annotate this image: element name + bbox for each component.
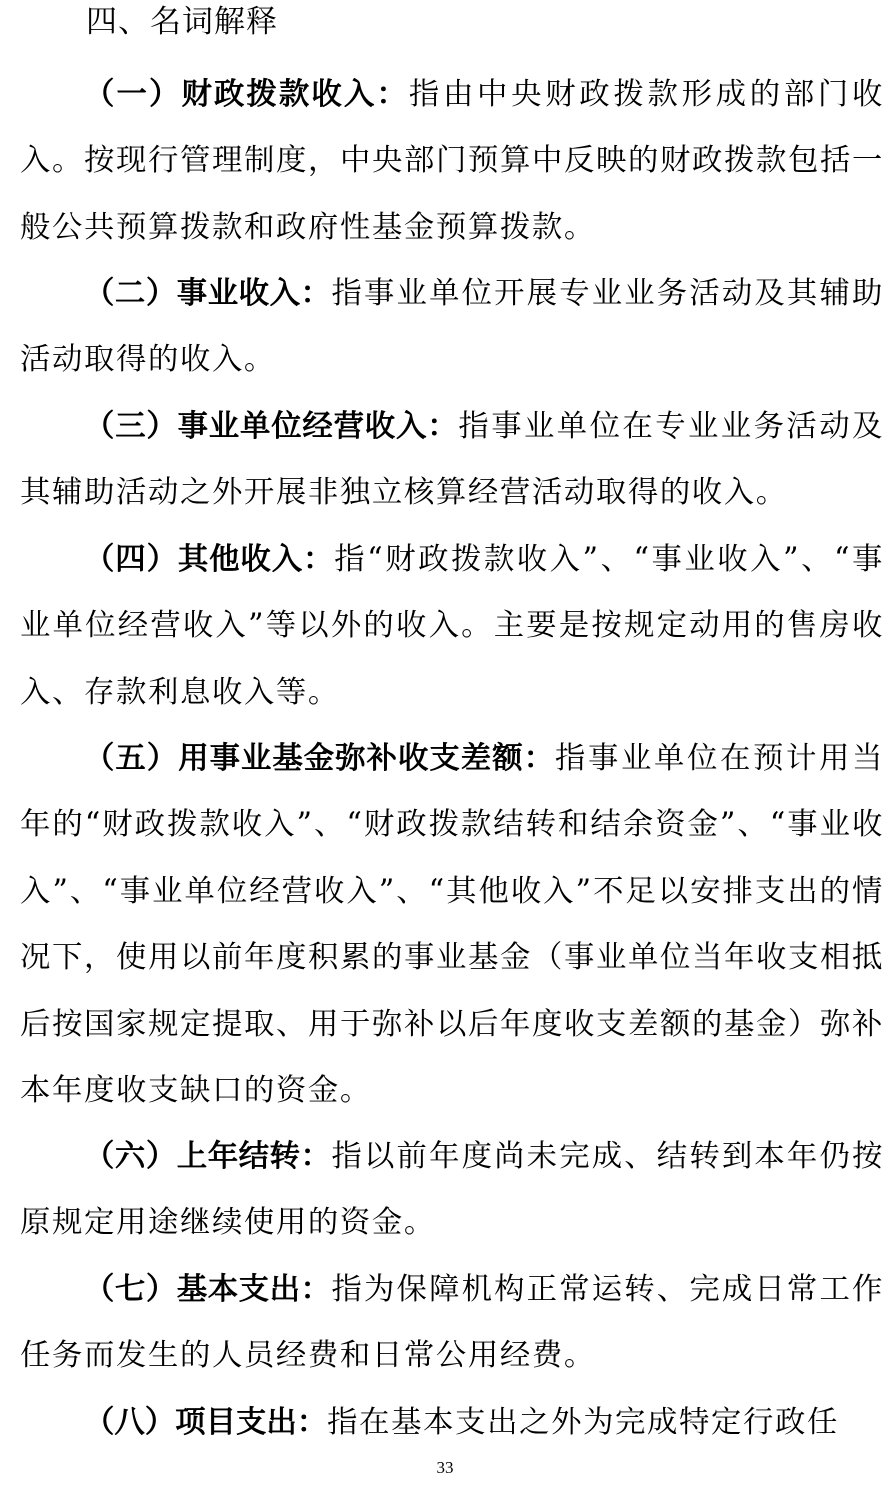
definition-paragraph-7: （七）基本支出：指为保障机构正常运转、完成日常工作任务而发生的人员经费和日常公用…: [20, 1257, 884, 1390]
definition-term: （一）财政拨款收入：: [84, 77, 409, 112]
section-title: 四、名词解释: [86, 2, 278, 42]
definition-paragraph-4: （四）其他收入：指“财政拨款收入”、“事业收入”、“事业单位经营收入”等以外的收…: [20, 527, 884, 726]
definition-term: （八）项目支出：: [84, 1405, 327, 1440]
definition-text: 指事业单位在预计用当年的“财政拨款收入”、“财政拨款结转和结余资金”、“事业收入…: [20, 741, 884, 1108]
definition-paragraph-5: （五）用事业基金弥补收支差额：指事业单位在预计用当年的“财政拨款收入”、“财政拨…: [20, 726, 884, 1124]
definition-paragraph-6: （六）上年结转：指以前年度尚未完成、结转到本年仍按原规定用途继续使用的资金。: [20, 1124, 884, 1257]
definition-term: （五）用事业基金弥补收支差额：: [84, 741, 555, 776]
definition-paragraph-3: （三）事业单位经营收入：指事业单位在专业业务活动及其辅助活动之外开展非独立核算经…: [20, 394, 884, 527]
definition-term: （二）事业收入：: [84, 276, 331, 311]
definition-term: （四）其他收入：: [84, 542, 334, 577]
definition-term: （七）基本支出：: [84, 1272, 331, 1307]
definition-term: （三）事业单位经营收入：: [84, 409, 458, 444]
definition-term: （六）上年结转：: [84, 1139, 331, 1174]
page-number: 33: [0, 1458, 890, 1478]
definition-paragraph-1: （一）财政拨款收入：指由中央财政拨款形成的部门收入。按现行管理制度，中央部门预算…: [20, 62, 884, 261]
definition-paragraph-8: （八）项目支出：指在基本支出之外为完成特定行政任: [20, 1390, 884, 1456]
definition-text: 指在基本支出之外为完成特定行政任: [327, 1405, 839, 1440]
definition-paragraph-2: （二）事业收入：指事业单位开展专业业务活动及其辅助活动取得的收入。: [20, 261, 884, 394]
